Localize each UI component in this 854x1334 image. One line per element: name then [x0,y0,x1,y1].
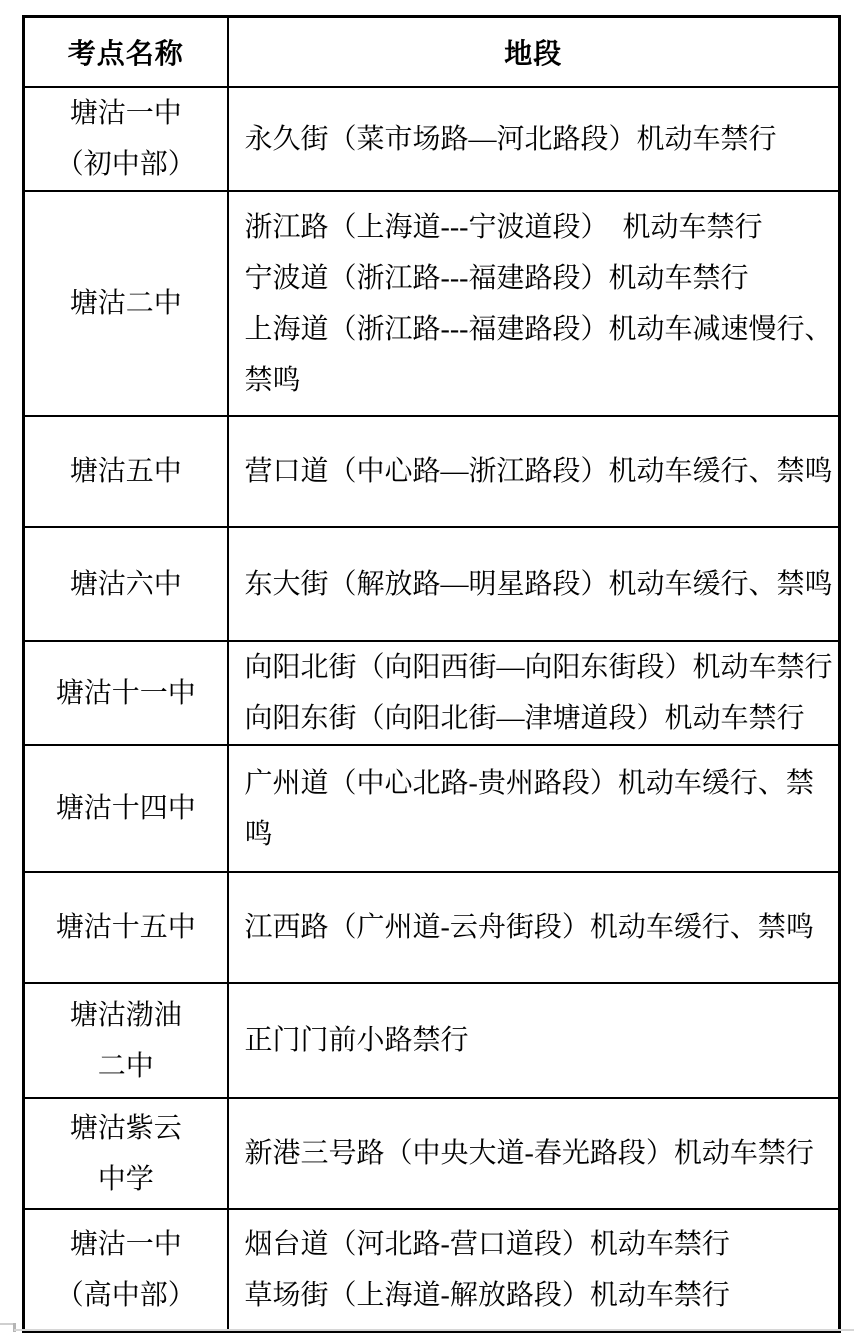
road-restriction-line: 新港三号路（中央大道-春光路段）机动车禁行 [245,1128,839,1179]
road-sections-cell: 营口道（中心路—浙江路段）机动车缓行、禁鸣 [228,416,840,527]
road-sections-cell: 新港三号路（中央大道-春光路段）机动车禁行 [228,1098,840,1209]
road-restriction-line: 江西路（广州道-云舟街段）机动车缓行、禁鸣 [245,902,839,953]
road-restriction-line: 上海道（浙江路---福建路段）机动车减速慢行、 禁鸣 [245,304,839,406]
table-body: 塘沽一中 （初中部）永久街（菜市场路—河北路段）机动车禁行塘沽二中浙江路（上海道… [24,87,840,1331]
exam-site-cell: 塘沽紫云 中学 [24,1098,228,1209]
table-row: 塘沽六中东大街（解放路—明星路段）机动车缓行、禁鸣 [24,527,840,641]
road-sections-cell: 广州道（中心北路-贵州路段）机动车缓行、禁 鸣 [228,745,840,872]
table-row: 塘沽一中 （初中部）永久街（菜市场路—河北路段）机动车禁行 [24,87,840,191]
road-sections-cell: 烟台道（河北路-营口道段）机动车禁行草场街（上海道-解放路段）机动车禁行 [228,1209,840,1331]
road-sections-cell: 江西路（广州道-云舟街段）机动车缓行、禁鸣 [228,872,840,983]
table-row: 塘沽二中浙江路（上海道---宁波道段） 机动车禁行宁波道（浙江路---福建路段）… [24,191,840,416]
exam-site-cell: 塘沽渤油 二中 [24,983,228,1098]
road-restriction-line: 向阳东街（向阳北街—津塘道段）机动车禁行 [245,693,839,744]
road-restriction-line: 向阳北街（向阳西街—向阳东街段）机动车禁行 [245,642,839,693]
table-row: 塘沽十五中江西路（广州道-云舟街段）机动车缓行、禁鸣 [24,872,840,983]
exam-traffic-restriction-table: 考点名称 地段 塘沽一中 （初中部）永久街（菜市场路—河北路段）机动车禁行塘沽二… [22,15,841,1333]
header-exam-site: 考点名称 [24,17,228,88]
exam-site-cell: 塘沽六中 [24,527,228,641]
road-restriction-line: 草场街（上海道-解放路段）机动车禁行 [245,1270,839,1321]
exam-site-cell: 塘沽十五中 [24,872,228,983]
document-page: 考点名称 地段 塘沽一中 （初中部）永久街（菜市场路—河北路段）机动车禁行塘沽二… [0,0,854,1334]
exam-site-cell: 塘沽十一中 [24,641,228,745]
road-restriction-line: 东大街（解放路—明星路段）机动车缓行、禁鸣 [245,559,839,610]
exam-site-cell: 塘沽五中 [24,416,228,527]
road-sections-cell: 浙江路（上海道---宁波道段） 机动车禁行宁波道（浙江路---福建路段）机动车禁… [228,191,840,416]
road-sections-cell: 向阳北街（向阳西街—向阳东街段）机动车禁行向阳东街（向阳北街—津塘道段）机动车禁… [228,641,840,745]
table-row: 塘沽十四中广州道（中心北路-贵州路段）机动车缓行、禁 鸣 [24,745,840,872]
page-bottom-edge [14,1329,854,1331]
exam-site-cell: 塘沽二中 [24,191,228,416]
table-row: 塘沽五中营口道（中心路—浙江路段）机动车缓行、禁鸣 [24,416,840,527]
header-road-section: 地段 [228,17,840,88]
road-restriction-line: 宁波道（浙江路---福建路段）机动车禁行 [245,253,839,304]
table-row: 塘沽紫云 中学新港三号路（中央大道-春光路段）机动车禁行 [24,1098,840,1209]
road-restriction-line: 营口道（中心路—浙江路段）机动车缓行、禁鸣 [245,446,839,497]
table-row: 塘沽十一中向阳北街（向阳西街—向阳东街段）机动车禁行向阳东街（向阳北街—津塘道段… [24,641,840,745]
header-row: 考点名称 地段 [24,17,840,88]
road-restriction-line: 烟台道（河北路-营口道段）机动车禁行 [245,1219,839,1270]
table-row: 塘沽一中 （高中部）烟台道（河北路-营口道段）机动车禁行草场街（上海道-解放路段… [24,1209,840,1331]
exam-site-cell: 塘沽十四中 [24,745,228,872]
road-restriction-line: 正门门前小路禁行 [245,1015,839,1066]
table-row: 塘沽渤油 二中正门门前小路禁行 [24,983,840,1098]
exam-site-cell: 塘沽一中 （高中部） [24,1209,228,1331]
road-restriction-line: 广州道（中心北路-贵州路段）机动车缓行、禁 鸣 [245,758,839,860]
road-restriction-line: 永久街（菜市场路—河北路段）机动车禁行 [245,114,839,165]
road-restriction-line: 浙江路（上海道---宁波道段） 机动车禁行 [245,202,839,253]
road-sections-cell: 正门门前小路禁行 [228,983,840,1098]
road-sections-cell: 永久街（菜市场路—河北路段）机动车禁行 [228,87,840,191]
exam-site-cell: 塘沽一中 （初中部） [24,87,228,191]
road-sections-cell: 东大街（解放路—明星路段）机动车缓行、禁鸣 [228,527,840,641]
page-corner-edge [0,1323,14,1325]
